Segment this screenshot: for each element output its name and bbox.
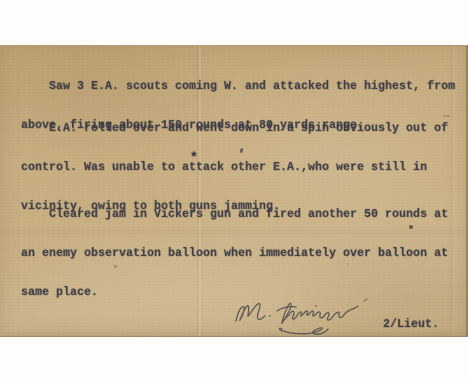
signature-rank: 2/Lieut. [383, 318, 439, 331]
report-line: E.A. rolled over and went down in a spin… [21, 122, 448, 135]
report-line: Cleared jam in Vickers gun and fired ano… [21, 208, 448, 221]
section-separator-asterisk: * [190, 150, 204, 165]
paper: Saw 3 E.A. scouts coming W. and attacked… [0, 45, 468, 337]
scanned-document-photo: Saw 3 E.A. scouts coming W. and attacked… [0, 0, 468, 382]
report-line: an enemy observation balloon when immedi… [21, 247, 448, 260]
report-line: control. Was unable to attack other E.A.… [21, 161, 448, 174]
handwritten-signature [230, 294, 380, 338]
report-line: Saw 3 E.A. scouts coming W. and attacked… [21, 80, 455, 93]
